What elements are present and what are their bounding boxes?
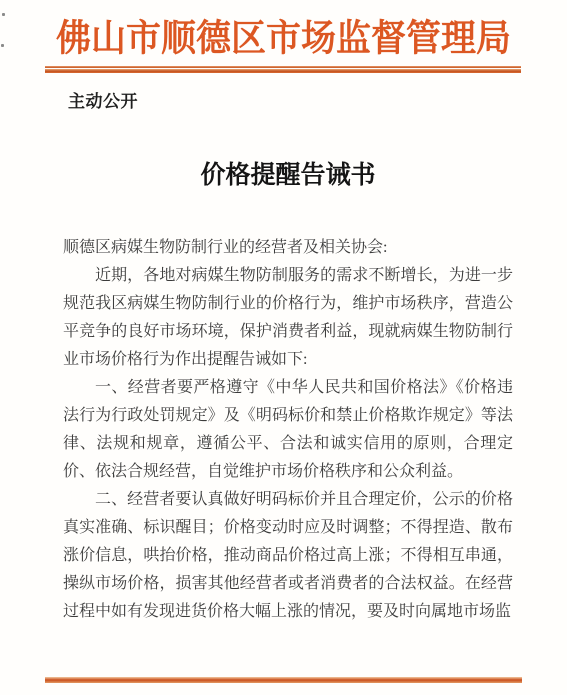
scan-speck [1, 44, 4, 47]
letterhead-rule-bottom [45, 69, 521, 73]
scan-speck [2, 13, 5, 16]
letterhead-double-rule [45, 66, 521, 73]
salutation-line: 顺德区病媒生物防制行业的经营者及相关协会: [63, 234, 513, 262]
footer-rule [45, 677, 522, 683]
document-body: 顺德区病媒生物防制行业的经营者及相关协会: 近期，各地对病媒生物防制服务的需求不… [63, 234, 513, 626]
body-paragraph-intro: 近期，各地对病媒生物防制服务的需求不断增长，为进一步规范我区病媒生物防制行业的价… [63, 262, 513, 374]
disclosure-label: 主动公开 [68, 87, 138, 112]
scanned-document-page: 佛山市顺德区市场监督管理局 主动公开 价格提醒告诫书 顺德区病媒生物防制行业的经… [0, 0, 567, 695]
body-paragraph-item-2: 二、经营者要认真做好明码标价并且合理定价，公示的价格真实准确、标识醒目；价格变动… [63, 486, 513, 626]
document-title: 价格提醒告诫书 [63, 155, 513, 191]
letterhead-agency-title: 佛山市顺德区市场监督管理局 [45, 16, 522, 62]
body-paragraph-item-1: 一、经营者要严格遵守《中华人民共和国价格法》《价格违法行为行政处罚规定》及《明码… [63, 374, 513, 486]
